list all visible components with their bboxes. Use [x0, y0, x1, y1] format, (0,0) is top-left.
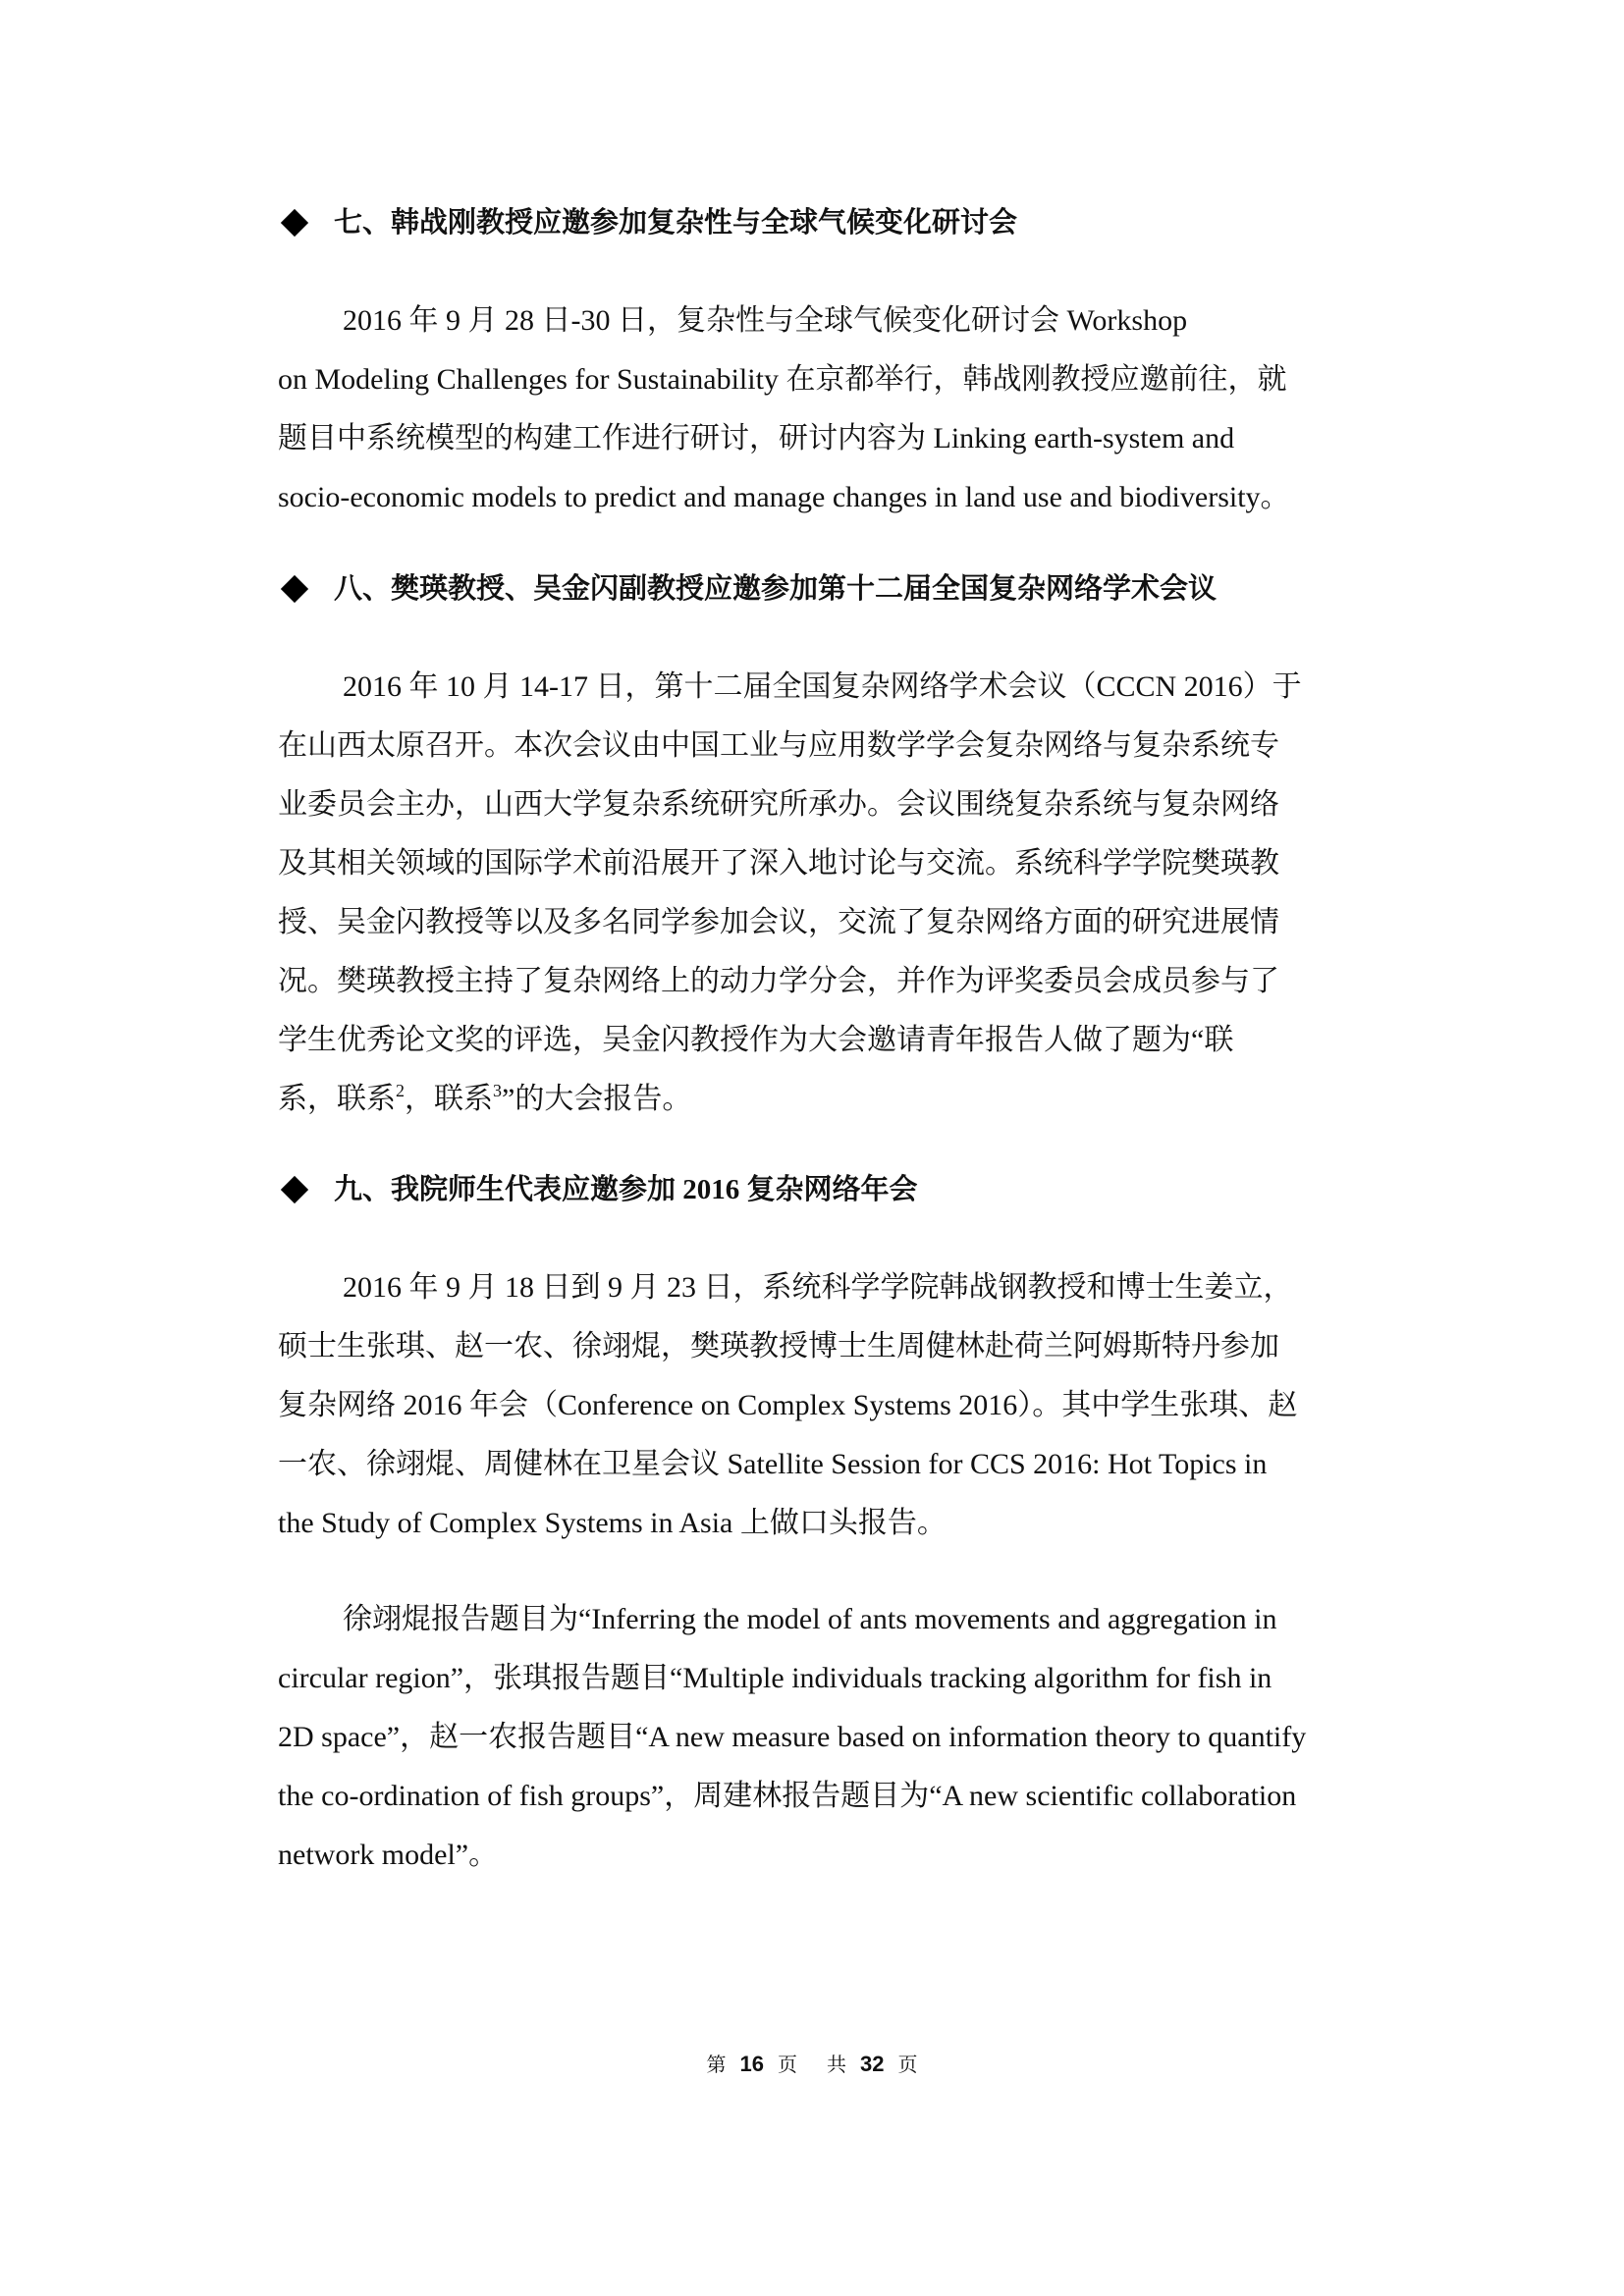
text-line: 及其相关领域的国际学术前沿展开了深入地讨论与交流。系统科学学院樊瑛教 [278, 834, 1402, 893]
text-line: 况。樊瑛教授主持了复杂网络上的动力学分会，并作为评奖委员会成员参与了 [278, 952, 1402, 1011]
text-line: 业委员会主办，山西大学复杂系统研究所承办。会议围绕复杂系统与复杂网络 [278, 775, 1402, 834]
text-line: 学生优秀论文奖的评选，吴金闪教授作为大会邀请青年报告人做了题为“联 [278, 1011, 1402, 1070]
section-heading-text: 七、韩战刚教授应邀参加复杂性与全球气候变化研讨会 [334, 203, 1017, 242]
footer-prefix: 第 [707, 2053, 727, 2076]
text-line: 2016 年 9 月 18 日到 9 月 23 日，系统科学学院韩战钢教授和博士… [278, 1258, 1402, 1317]
footer-total-prefix: 共 [827, 2053, 846, 2076]
text-line: 在山西太原召开。本次会议由中国工业与应用数学学会复杂网络与复杂系统专 [278, 717, 1402, 775]
text-line: 2016 年 10 月 14-17 日，第十二届全国复杂网络学术会议（CCCN … [278, 658, 1402, 717]
section-heading-7: 七、韩战刚教授应邀参加复杂性与全球气候变化研讨会 [279, 203, 1017, 242]
text-line: 一农、徐翊焜、周健林在卫星会议 Satellite Session for CC… [278, 1435, 1402, 1494]
page-footer: 第16页共32页 [0, 2050, 1624, 2079]
text-fragment: ，联系 [405, 1083, 493, 1115]
text-fragment: 系，联系 [278, 1083, 396, 1115]
section-heading-8: 八、樊瑛教授、吴金闪副教授应邀参加第十二届全国复杂网络学术会议 [279, 569, 1217, 609]
text-line-with-superscripts: 系，联系2，联系3”的大会报告。 [278, 1070, 1402, 1129]
section-9-paragraph-1: 2016 年 9 月 18 日到 9 月 23 日，系统科学学院韩战钢教授和博士… [278, 1258, 1402, 1553]
text-line: 徐翊焜报告题目为“Inferring the model of ants mov… [278, 1590, 1402, 1649]
text-line: circular region”，张琪报告题目“Multiple individ… [278, 1649, 1402, 1708]
text-line: the co-ordination of fish groups”，周建林报告题… [278, 1767, 1402, 1826]
section-heading-9: 九、我院师生代表应邀参加 2016 复杂网络年会 [279, 1170, 918, 1209]
diamond-bullet-icon [281, 209, 308, 237]
document-page: 七、韩战刚教授应邀参加复杂性与全球气候变化研讨会 2016 年 9 月 28 日… [0, 0, 1624, 2296]
section-9-paragraph-2: 徐翊焜报告题目为“Inferring the model of ants mov… [278, 1590, 1402, 1885]
section-7-paragraph: 2016 年 9 月 28 日-30 日，复杂性与全球气候变化研讨会 Works… [278, 292, 1402, 527]
text-line: 授、吴金闪教授等以及多名同学参加会议，交流了复杂网络方面的研究进展情 [278, 893, 1402, 952]
section-8-paragraph: 2016 年 10 月 14-17 日，第十二届全国复杂网络学术会议（CCCN … [278, 658, 1402, 1129]
text-line: 2016 年 9 月 28 日-30 日，复杂性与全球气候变化研讨会 Works… [278, 292, 1402, 350]
superscript: 3 [493, 1081, 502, 1100]
text-line: network model”。 [278, 1826, 1402, 1885]
diamond-bullet-icon [281, 575, 308, 603]
text-line: the Study of Complex Systems in Asia 上做口… [278, 1494, 1402, 1553]
text-line: 题目中系统模型的构建工作进行研讨，研讨内容为 Linking earth-sys… [278, 409, 1402, 468]
text-line: socio-economic models to predict and man… [278, 468, 1402, 527]
text-line: on Modeling Challenges for Sustainabilit… [278, 350, 1402, 409]
text-line: 复杂网络 2016 年会（Conference on Complex Syste… [278, 1376, 1402, 1435]
section-heading-text: 八、樊瑛教授、吴金闪副教授应邀参加第十二届全国复杂网络学术会议 [334, 569, 1217, 609]
section-heading-text: 九、我院师生代表应邀参加 2016 复杂网络年会 [334, 1170, 918, 1209]
total-pages-number: 32 [860, 2052, 884, 2076]
diamond-bullet-icon [281, 1176, 308, 1203]
superscript: 2 [396, 1081, 405, 1100]
footer-page-word: 页 [778, 2053, 797, 2076]
current-page-number: 16 [740, 2052, 764, 2076]
text-fragment: ”的大会报告。 [502, 1083, 691, 1115]
footer-page-word-2: 页 [897, 2053, 917, 2076]
text-line: 硕士生张琪、赵一农、徐翊焜，樊瑛教授博士生周健林赴荷兰阿姆斯特丹参加 [278, 1317, 1402, 1376]
text-line: 2D space”，赵一农报告题目“A new measure based on… [278, 1708, 1402, 1767]
